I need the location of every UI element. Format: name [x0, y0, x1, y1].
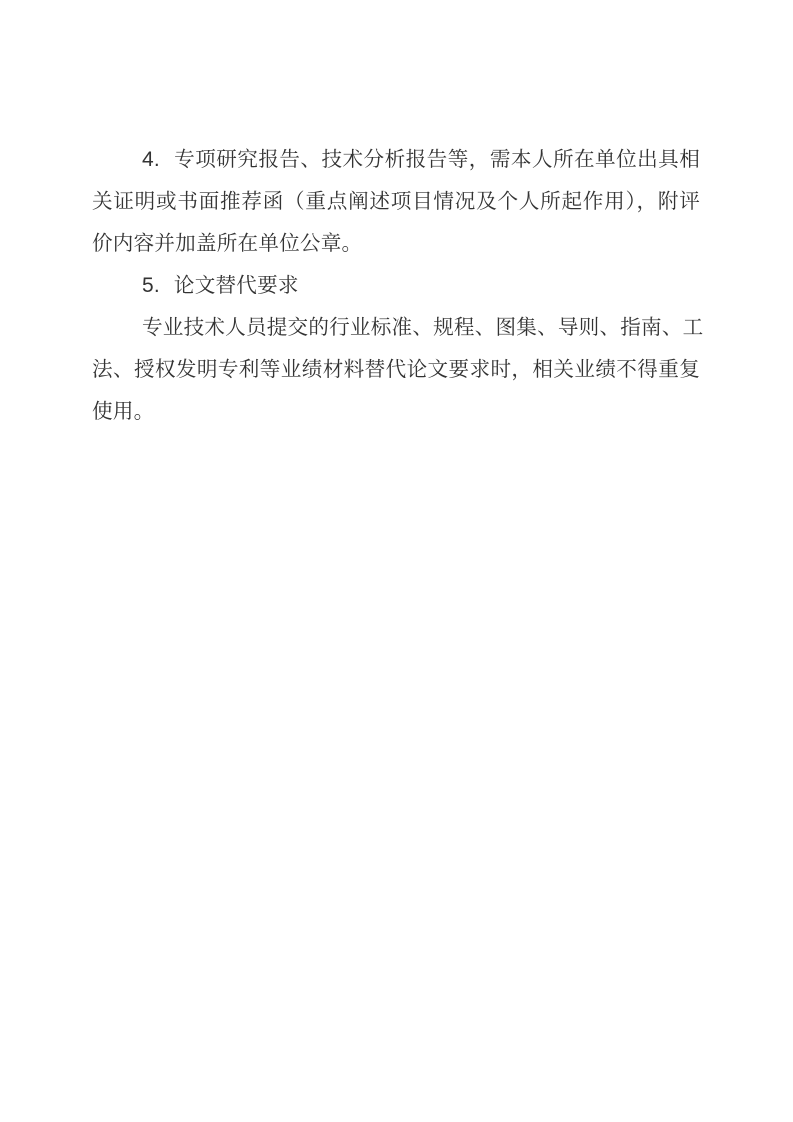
document-line: 专业技术人员提交的行业标准、规程、图集、导则、指南、工 [92, 307, 700, 349]
paragraph-item-5-body: 专业技术人员提交的行业标准、规程、图集、导则、指南、工 法、授权发明专利等业绩材… [92, 307, 700, 433]
line-text: 价内容并加盖所在单位公章。 [92, 233, 362, 255]
paragraph-item-5-heading: 5.论文替代要求 [92, 265, 700, 307]
list-number-marker: 5. [142, 274, 160, 297]
document-line: 5.论文替代要求 [92, 265, 700, 307]
line-text: 专项研究报告、技术分析报告等，需本人所在单位出具相 [174, 149, 700, 171]
document-line: 使用。 [92, 391, 700, 433]
paragraph-item-4: 4.专项研究报告、技术分析报告等，需本人所在单位出具相 关证明或书面推荐函（重点… [92, 139, 700, 265]
line-text: 使用。 [92, 401, 154, 423]
line-text: 关证明或书面推荐函（重点阐述项目情况及个人所起作用），附评 [92, 191, 700, 213]
document-line: 价内容并加盖所在单位公章。 [92, 223, 700, 265]
document-line: 4.专项研究报告、技术分析报告等，需本人所在单位出具相 [92, 139, 700, 181]
document-line: 法、授权发明专利等业绩材料替代论文要求时，相关业绩不得重复 [92, 349, 700, 391]
document-line: 关证明或书面推荐函（重点阐述项目情况及个人所起作用），附评 [92, 181, 700, 223]
document-text-block: 4.专项研究报告、技术分析报告等，需本人所在单位出具相 关证明或书面推荐函（重点… [92, 139, 700, 433]
line-text: 论文替代要求 [174, 275, 299, 297]
line-text: 法、授权发明专利等业绩材料替代论文要求时，相关业绩不得重复 [92, 359, 700, 381]
line-text: 专业技术人员提交的行业标准、规程、图集、导则、指南、工 [142, 317, 703, 339]
list-number-marker: 4. [142, 148, 160, 171]
document-page: 4.专项研究报告、技术分析报告等，需本人所在单位出具相 关证明或书面推荐函（重点… [0, 0, 793, 1122]
